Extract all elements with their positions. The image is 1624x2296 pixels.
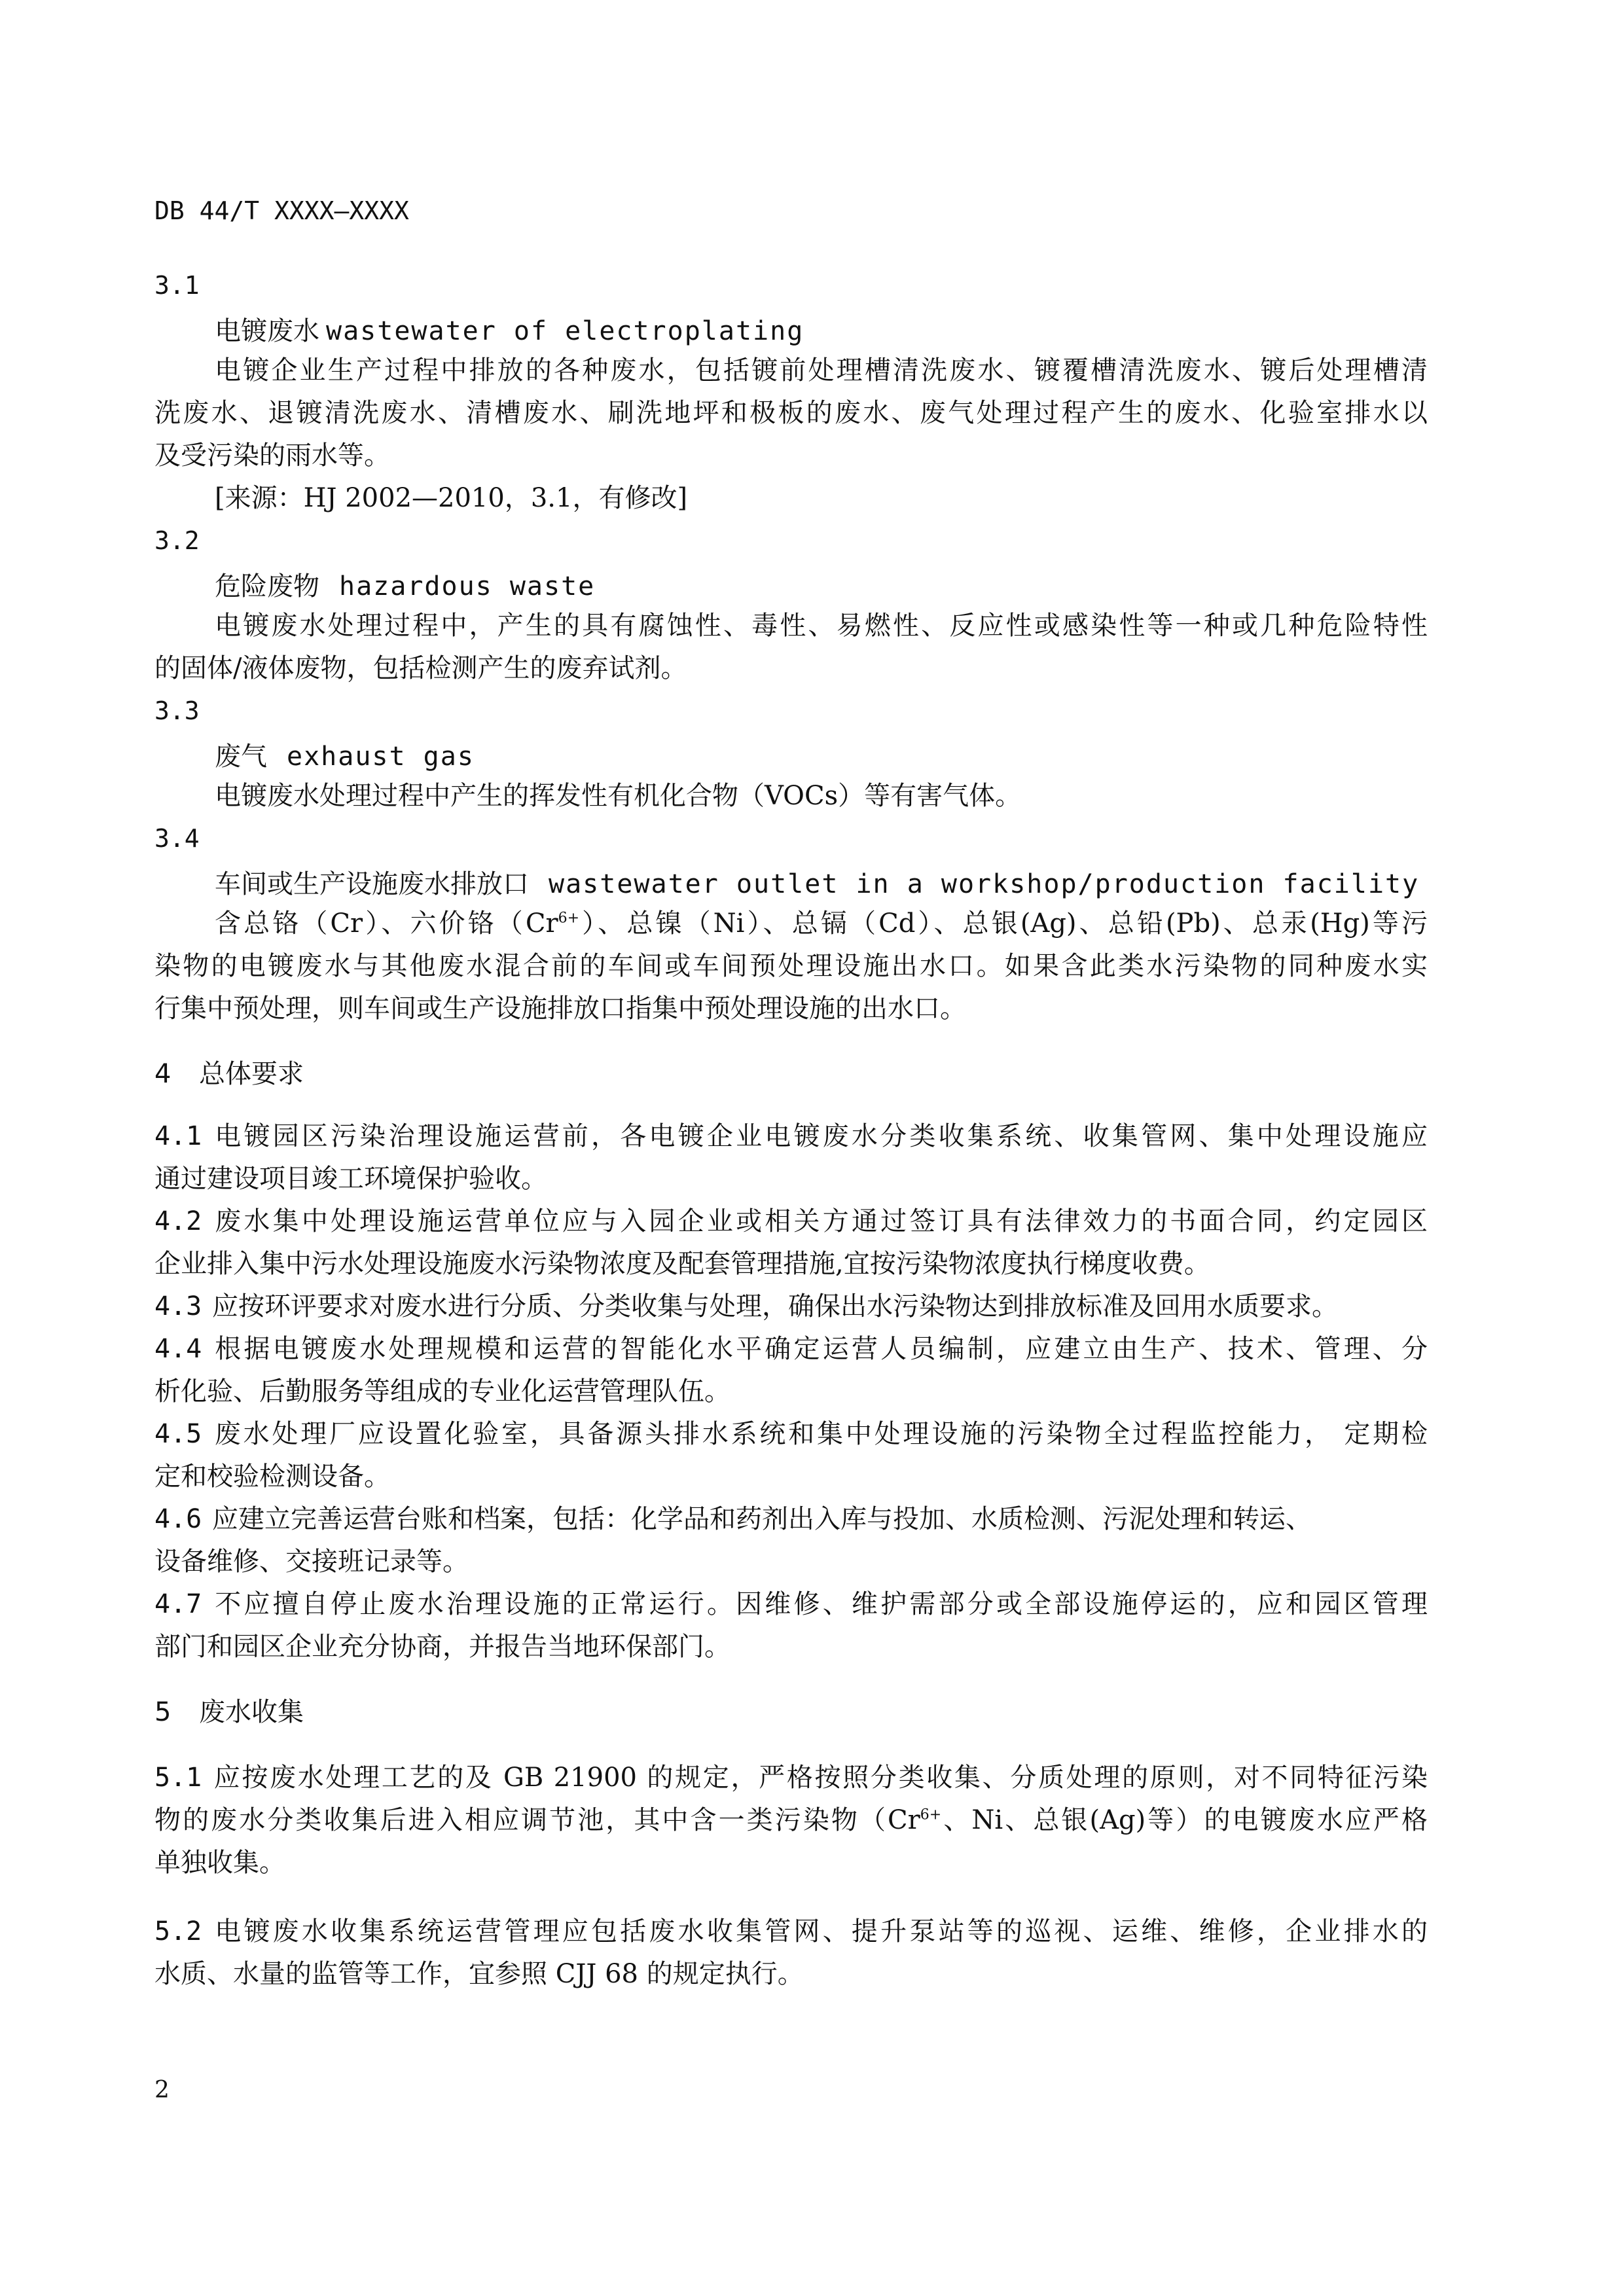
term-source-note: [来源：HJ 2002—2010，3.1，有修改]	[215, 480, 687, 516]
clause-4-1: 4.1电镀园区污染治理设施运营前，各电镀企业电镀废水分类收集系统、收集管网、集中…	[154, 1118, 1428, 1155]
clause-text: 根据电镀废水处理规模和运营的智能化水平确定运营人员编制，应建立由生产、技术、管理…	[212, 1334, 1428, 1364]
clause-4-2: 4.2废水集中处理设施运营单位应与入园企业或相关方通过签订具有法律效力的书面合同…	[154, 1203, 1428, 1240]
clause-number: 4.3	[154, 1288, 212, 1325]
term-definition-line: 及受污染的雨水等。	[154, 437, 390, 474]
term-definition-line: 的固体/液体废物，包括检测产生的废弃试剂。	[154, 650, 687, 687]
clause-continuation: 析化验、后勤服务等组成的专业化运营管理队伍。	[154, 1373, 731, 1410]
section-number: 4	[154, 1056, 199, 1092]
text-run: 物的废水分类收集后进入相应调节池，其中含一类污染物（Cr	[154, 1805, 920, 1835]
clause-5-1: 5.1应按废水处理工艺的及 GB 21900 的规定，严格按照分类收集、分质处理…	[154, 1759, 1428, 1796]
term-definition-line: 电镀废水处理过程中产生的挥发性有机化合物（VOCs）等有害气体。	[215, 778, 1021, 814]
document-page: DB 44/T XXXX—XXXX 3.1 电镀废水wastewater of …	[0, 0, 1624, 2296]
clause-text: 废水集中处理设施运营单位应与入园企业或相关方通过签订具有法律效力的书面合同，约定…	[212, 1206, 1428, 1236]
section-number: 5	[154, 1694, 199, 1731]
clause-text: 应按环评要求对废水进行分质、分类收集与处理，确保出水污染物达到排放标准及回用水质…	[212, 1291, 1338, 1321]
clause-continuation: 物的废水分类收集后进入相应调节池，其中含一类污染物（Cr6+、Ni、总银(Ag)…	[154, 1802, 1428, 1839]
term-number-3-4: 3.4	[154, 820, 200, 857]
clause-4-3: 4.3应按环评要求对废水进行分质、分类收集与处理，确保出水污染物达到排放标准及回…	[154, 1288, 1338, 1325]
term-zh: 车间或生产设施废水排放口	[215, 869, 529, 899]
clause-text: 应按废水处理工艺的及 GB 21900 的规定，严格按照分类收集、分质处理的原则…	[212, 1763, 1428, 1793]
clause-continuation: 单独收集。	[154, 1844, 285, 1881]
clause-number: 4.1	[154, 1118, 212, 1155]
term-zh: 危险废物	[215, 571, 319, 601]
term-number-3-2: 3.2	[154, 522, 200, 559]
text-run: 、Ni、总银(Ag)等）的电镀废水应严格	[941, 1805, 1428, 1835]
term-definition-line: 电镀废水处理过程中，产生的具有腐蚀性、毒性、易燃性、反应性或感染性等一种或几种危…	[215, 607, 1428, 644]
superscript: 6+	[920, 1807, 941, 1823]
term-en: wastewater of electroplating	[326, 316, 804, 346]
clause-continuation: 企业排入集中污水处理设施废水污染物浓度及配套管理措施,宜按污染物浓度执行梯度收费…	[154, 1246, 1210, 1282]
term-definition-line: 染物的电镀废水与其他废水混合前的车间或车间预处理设施出水口。如果含此类水污染物的…	[154, 948, 1428, 984]
text-run: ）、总镍（Ni）、总镉（Cd）、总银(Ag)、总铅(Pb)、总汞(Hg)等污	[579, 908, 1428, 939]
clause-number: 4.4	[154, 1331, 212, 1367]
term-en: exhaust gas	[287, 742, 475, 772]
clause-number: 5.1	[154, 1759, 212, 1796]
clause-number: 4.6	[154, 1501, 212, 1537]
page-number: 2	[154, 2072, 170, 2109]
clause-4-5: 4.5废水处理厂应设置化验室，具备源头排水系统和集中处理设施的污染物全过程监控能…	[154, 1416, 1428, 1452]
clause-continuation: 定和校验检测设备。	[154, 1458, 390, 1495]
clause-text: 不应擅自停止废水治理设施的正常运行。因维修、维护需部分或全部设施停运的，应和园区…	[212, 1589, 1428, 1619]
section-heading-4: 4总体要求	[154, 1056, 304, 1092]
term-title-3-1: 电镀废水wastewater of electroplating	[215, 313, 804, 350]
clause-4-4: 4.4根据电镀废水处理规模和运营的智能化水平确定运营人员编制，应建立由生产、技术…	[154, 1331, 1428, 1367]
term-en: hazardous waste	[339, 571, 595, 601]
clause-number: 4.7	[154, 1586, 212, 1623]
clause-continuation: 通过建设项目竣工环境保护验收。	[154, 1160, 547, 1197]
term-en: wastewater outlet in a workshop/producti…	[549, 869, 1419, 899]
term-title-3-4: 车间或生产设施废水排放口wastewater outlet in a works…	[215, 866, 1419, 903]
term-number-3-1: 3.1	[154, 267, 200, 304]
clause-continuation: 水质、水量的监管等工作，宜参照 CJJ 68 的规定执行。	[154, 1956, 804, 1992]
clause-5-2: 5.2电镀废水收集系统运营管理应包括废水收集管网、提升泵站等的巡视、运维、维修，…	[154, 1913, 1428, 1950]
clause-text: 废水处理厂应设置化验室，具备源头排水系统和集中处理设施的污染物全过程监控能力， …	[212, 1419, 1428, 1449]
clause-text: 电镀废水收集系统运营管理应包括废水收集管网、提升泵站等的巡视、运维、维修，企业排…	[212, 1916, 1428, 1946]
clause-number: 4.2	[154, 1203, 212, 1240]
term-zh: 电镀废水	[215, 316, 319, 346]
superscript: 6+	[558, 910, 579, 927]
clause-text: 应建立完善运营台账和档案，包括：化学品和药剂出入库与投加、水质检测、污泥处理和转…	[212, 1504, 1312, 1534]
term-definition-line: 含总铬（Cr）、六价铬（Cr6+）、总镍（Ni）、总镉（Cd）、总银(Ag)、总…	[215, 905, 1428, 942]
clause-continuation: 部门和园区企业充分协商，并报告当地环保部门。	[154, 1628, 731, 1665]
clause-continuation: 设备维修、交接班记录等。	[154, 1543, 469, 1580]
clause-4-6: 4.6应建立完善运营台账和档案，包括：化学品和药剂出入库与投加、水质检测、污泥处…	[154, 1501, 1312, 1537]
clause-4-7: 4.7不应擅自停止废水治理设施的正常运行。因维修、维护需部分或全部设施停运的，应…	[154, 1586, 1428, 1623]
section-heading-5: 5废水收集	[154, 1694, 304, 1731]
document-code-header: DB 44/T XXXX—XXXX	[154, 192, 409, 229]
section-title: 总体要求	[199, 1059, 304, 1089]
term-title-3-2: 危险废物hazardous waste	[215, 568, 595, 605]
clause-number: 4.5	[154, 1416, 212, 1452]
term-definition-line: 行集中预处理，则车间或生产设施排放口指集中预处理设施的出水口。	[154, 990, 966, 1027]
term-title-3-3: 废气exhaust gas	[215, 738, 475, 775]
term-zh: 废气	[215, 742, 267, 772]
clause-text: 电镀园区污染治理设施运营前，各电镀企业电镀废水分类收集系统、收集管网、集中处理设…	[212, 1121, 1428, 1151]
clause-number: 5.2	[154, 1913, 212, 1950]
term-definition-line: 电镀企业生产过程中排放的各种废水，包括镀前处理槽清洗废水、镀覆槽清洗废水、镀后处…	[215, 352, 1428, 389]
term-number-3-3: 3.3	[154, 692, 200, 729]
text-run: 含总铬（Cr）、六价铬（Cr	[215, 908, 558, 939]
term-definition-line: 洗废水、退镀清洗废水、清槽废水、刷洗地坪和极板的废水、废气处理过程产生的废水、化…	[154, 395, 1428, 431]
section-title: 废水收集	[199, 1697, 304, 1727]
